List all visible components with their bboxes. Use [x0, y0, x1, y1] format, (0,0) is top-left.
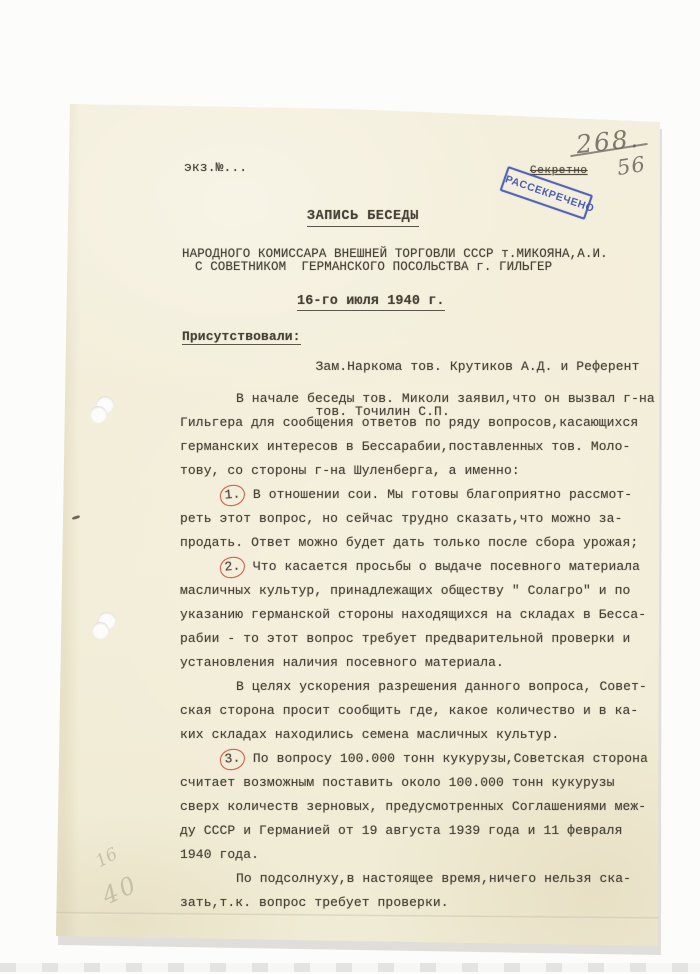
document-line: В целях ускорения разрешения данного воп… [180, 675, 660, 699]
document-line: продать. Ответ можно будет дать только п… [180, 531, 660, 555]
document-body: В начале беседы тов. Миколи заявил,что о… [180, 387, 660, 915]
document-line: ская сторона просит сообщить где, какое … [180, 699, 660, 723]
ink-speck [72, 515, 81, 520]
document-line: 2. Что касается просьбы о выдаче посевно… [180, 555, 660, 579]
document-line: ду СССР и Германией от 19 августа 1939 г… [180, 819, 660, 843]
document-line-text: В отношении сои. Мы готовы благоприятно … [245, 487, 632, 502]
document-line: В начале беседы тов. Миколи заявил,что о… [180, 387, 660, 411]
document-title: ЗАПИСЬ БЕСЕДЫ [307, 209, 419, 227]
document-line: зать,т.к. вопрос требует проверки. [180, 891, 660, 915]
document-line: 1. В отношении сои. Мы готовы благоприят… [180, 483, 660, 507]
attendees-line: Зам.Наркома тов. Крутиков А.Д. и Референ… [316, 359, 640, 374]
document-line: 3. По вопросу 100.000 тонн кукурузы,Сове… [180, 747, 660, 771]
document-subtitle-line-1: НАРОДНОГО КОМИССАРА ВНЕШНЕЙ ТОРГОВЛИ ССС… [182, 247, 608, 261]
document-line: тову, со стороны г-на Шуленберга, а имен… [180, 459, 660, 483]
document-line: масличных культур, принадлежащих обществ… [180, 579, 660, 603]
document-line: ких складах находились семена масличных … [180, 723, 660, 747]
attendees-label: Присутствовали: [182, 329, 301, 345]
item-number-red-circle: 2. [219, 556, 246, 579]
document-line: рабии - то этот вопрос требует предварит… [180, 627, 660, 651]
copy-number: экз.№... [184, 160, 247, 175]
faint-pencil-note: 16 [93, 844, 121, 872]
handwritten-page-number: 56 [615, 152, 647, 180]
item-number-red-circle: 1. [219, 484, 246, 507]
punch-hole-lobe [90, 406, 107, 423]
document-line: реть этот вопрос, но сейчас трудно сказа… [180, 507, 660, 531]
document-line: указанию германской стороны находящихся … [180, 603, 660, 627]
document-line: По подсолнуху,в настоящее время,ничего н… [180, 867, 660, 891]
document-line-text: По вопросу 100.000 тонн кукурузы,Советск… [245, 751, 648, 766]
punch-hole-lobe [92, 622, 109, 639]
document-date: 16-го июля 1940 г. [297, 294, 445, 311]
document-line: считает возможным поставить около 100.00… [180, 771, 660, 795]
secret-classification-label: Секретно [530, 165, 588, 177]
scanner-edge-band [0, 963, 700, 972]
faint-pencil-note: 40 [98, 870, 143, 910]
document-line: Гильгера для сообщения ответов по ряду в… [180, 411, 660, 435]
document-line-text: Что касается просьбы о выдаче посевного … [245, 559, 640, 574]
document-line: сверх количеств зерновых, предусмотренны… [180, 795, 660, 819]
document-line: 1940 года. [180, 843, 660, 867]
item-number-red-circle: 3. [219, 748, 246, 771]
document-line: германских интересов в Бессарабии,постав… [180, 435, 660, 459]
document-subtitle-line-2: С СОВЕТНИКОМ ГЕРМАНСКОГО ПОСОЛЬСТВА г. Г… [195, 260, 552, 274]
document-page: экз.№... 268. 56 Секретно РАССЕКРЕЧЕНО З… [50, 100, 670, 954]
document-line: установления наличия посевного материала… [180, 651, 660, 675]
